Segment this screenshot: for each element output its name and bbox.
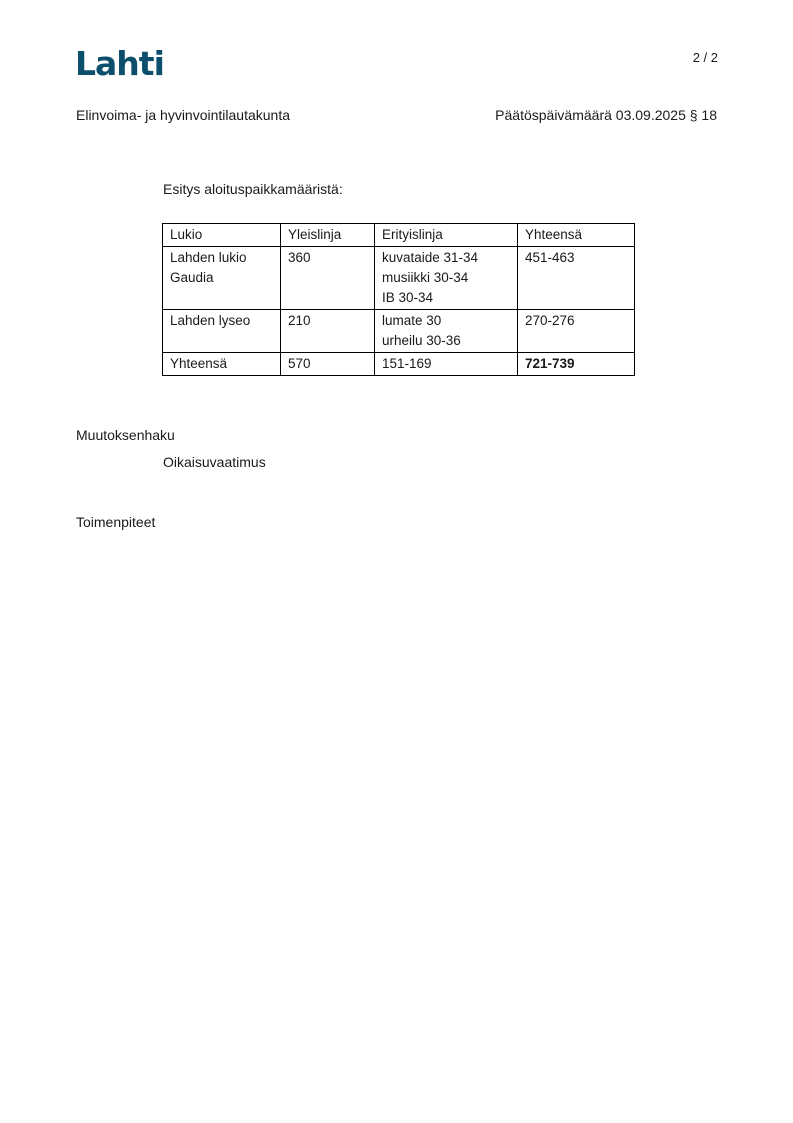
table-header-row: Lukio Yleislinja Erityislinja Yhteensä: [163, 224, 635, 247]
cell-yhteensa: 270-276: [518, 310, 635, 353]
cell-grand-total: 721-739: [518, 353, 635, 376]
cell-erityislinja: kuvataide 31-34 musiikki 30-34 IB 30-34: [375, 247, 518, 310]
cell-line: Lahden lyseo: [170, 311, 274, 331]
header-cell: Yhteensä: [518, 224, 635, 247]
cell-yleislinja: 570: [281, 353, 375, 376]
student-places-table: Lukio Yleislinja Erityislinja Yhteensä L…: [162, 223, 635, 376]
cell-yleislinja: 210: [281, 310, 375, 353]
appeal-type: Oikaisuvaatimus: [163, 454, 266, 470]
cell-lukio: Lahden lukio Gaudia: [163, 247, 281, 310]
cell-line: 151-169: [382, 354, 511, 374]
cell-line: lumate 30: [382, 311, 511, 331]
actions-heading: Toimenpiteet: [76, 514, 155, 530]
cell-erityislinja: lumate 30 urheilu 30-36: [375, 310, 518, 353]
header-cell: Yleislinja: [281, 224, 375, 247]
decision-date: Päätöspäivämäärä 03.09.2025 § 18: [495, 107, 717, 123]
cell-line: Lahden lukio: [170, 248, 274, 268]
page-number: 2 / 2: [693, 50, 718, 65]
cell-line: IB 30-34: [382, 288, 511, 308]
cell-line: kuvataide 31-34: [382, 248, 511, 268]
cell-yhteensa: 451-463: [518, 247, 635, 310]
header-cell: Erityislinja: [375, 224, 518, 247]
lahti-logo: Lahti: [75, 44, 164, 84]
cell-line: urheilu 30-36: [382, 331, 511, 351]
cell-lukio: Yhteensä: [163, 353, 281, 376]
cell-lukio: Lahden lyseo: [163, 310, 281, 353]
header-cell: Lukio: [163, 224, 281, 247]
cell-yleislinja: 360: [281, 247, 375, 310]
appeal-heading: Muutoksenhaku: [76, 427, 175, 443]
table-total-row: Yhteensä 570 151-169 721-739: [163, 353, 635, 376]
cell-erityislinja: 151-169: [375, 353, 518, 376]
committee-name: Elinvoima- ja hyvinvointilautakunta: [76, 107, 290, 123]
intro-text: Esitys aloituspaikkamääristä:: [163, 181, 343, 197]
cell-line: Gaudia: [170, 268, 274, 288]
cell-line: musiikki 30-34: [382, 268, 511, 288]
table-row: Lahden lukio Gaudia 360 kuvataide 31-34 …: [163, 247, 635, 310]
cell-line: Yhteensä: [170, 354, 274, 374]
table-row: Lahden lyseo 210 lumate 30 urheilu 30-36…: [163, 310, 635, 353]
